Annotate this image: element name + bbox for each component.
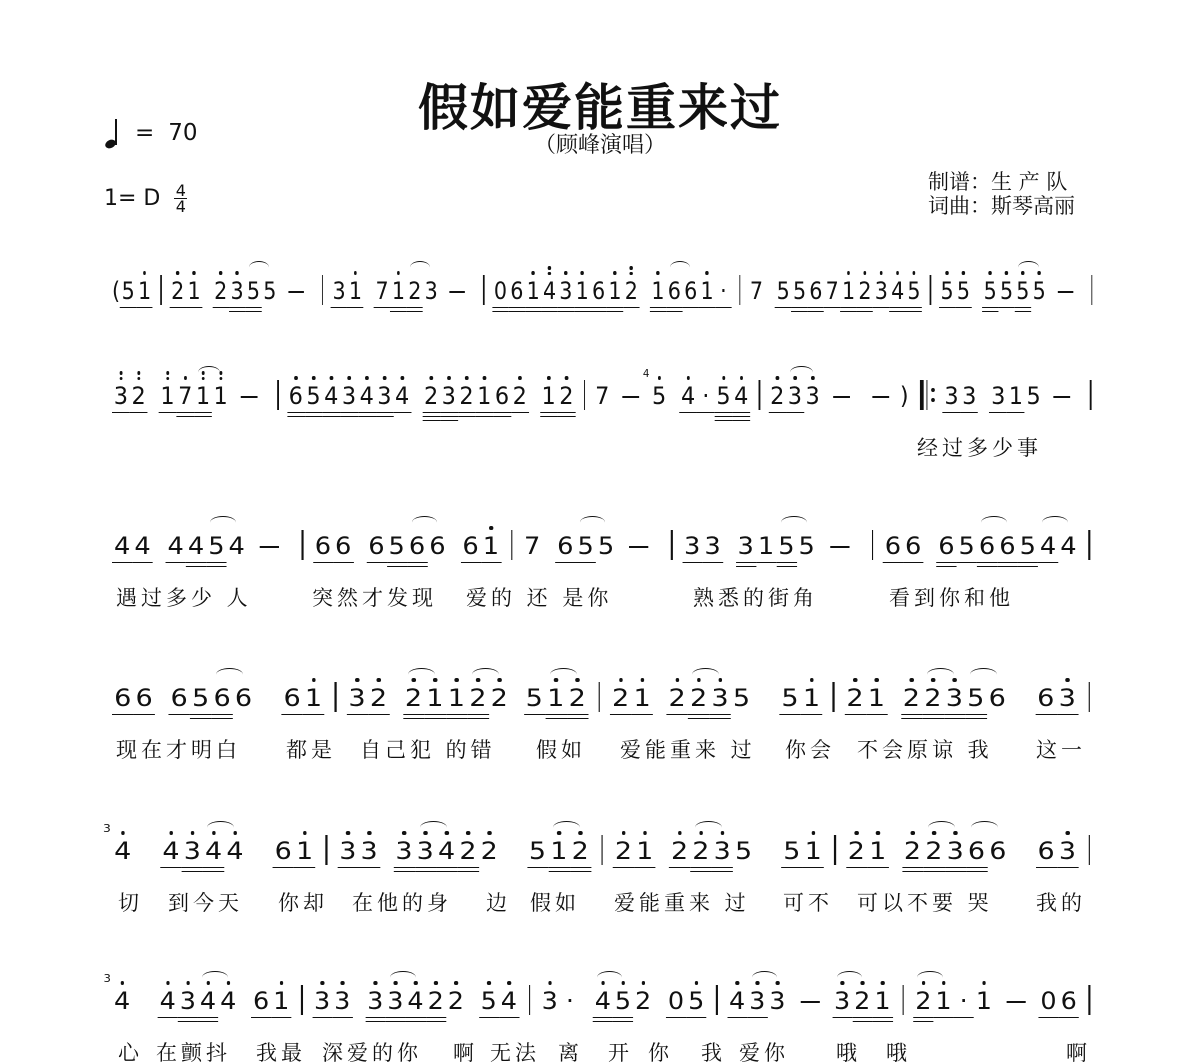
slur [472, 668, 499, 681]
key-signature: 1= D 4 4 [104, 183, 187, 214]
quarter-note-icon [105, 118, 121, 148]
staff-line-4: 66656661322112251221223551212235663 [112, 682, 1102, 732]
note: 3 [989, 382, 1007, 410]
note: 5 [206, 532, 226, 560]
note: 3 [346, 684, 367, 712]
note: 2 [426, 987, 446, 1015]
note: 1 [548, 837, 569, 865]
barline [325, 835, 327, 865]
note: 1 [802, 837, 823, 865]
note: 6 [233, 684, 254, 712]
note: 2 [557, 382, 575, 410]
note: 3 [332, 987, 352, 1015]
note: 5 [479, 987, 499, 1015]
note: 1 [525, 277, 541, 305]
note: 1 [475, 382, 493, 410]
note: 6 [287, 382, 305, 410]
slur [210, 516, 236, 529]
note: 1 [1007, 382, 1025, 410]
lyric: 无法 [490, 1037, 540, 1062]
lyric: 我最 [256, 1037, 306, 1062]
note: 3 [337, 837, 358, 865]
note: 5 [797, 532, 817, 560]
note: 3 [804, 382, 822, 410]
note: 3 [112, 382, 130, 410]
note: 1 [574, 277, 590, 305]
note: 5 [957, 532, 977, 560]
slur [1042, 516, 1068, 529]
lyric: 突然才发现 [312, 582, 437, 612]
note: 7 [824, 277, 840, 305]
note: 7 [522, 532, 542, 560]
note: 5 [715, 382, 733, 410]
barline [930, 275, 931, 305]
note: 4 [227, 532, 247, 560]
note: 3 [229, 277, 245, 305]
slur [597, 971, 622, 984]
note: 3 [440, 382, 458, 410]
lyric: 你却 [278, 887, 328, 917]
note: 5 [120, 277, 136, 305]
paren: ) [900, 382, 909, 410]
note: 2 [446, 987, 466, 1015]
note: 43 [112, 837, 133, 865]
tempo-equals: = [135, 120, 154, 146]
note: 5 [596, 532, 616, 560]
lyric: 在他的身 [352, 887, 452, 917]
lyric: 爱的 还 是你 [466, 582, 612, 612]
note: 2 [902, 837, 923, 865]
note: 3 [340, 382, 358, 410]
note: 6 [682, 277, 698, 305]
note: 3 [358, 837, 379, 865]
grace-note: 4 [643, 368, 650, 379]
note: 6 [509, 277, 525, 305]
note: 1 [801, 684, 822, 712]
lyric: 到今天 [168, 887, 243, 917]
note: 6 [977, 532, 997, 560]
note: 5 [965, 684, 986, 712]
note: 5 [779, 684, 800, 712]
note: 3 [736, 532, 756, 560]
barline [529, 985, 531, 1015]
note: 3 [365, 987, 385, 1015]
barline [598, 682, 600, 712]
sustain-dash [1007, 1001, 1026, 1003]
note: 4 [322, 382, 340, 410]
barline [1088, 985, 1090, 1015]
note: 5 [262, 277, 278, 305]
note: 4 [218, 987, 238, 1015]
note: 4 [727, 987, 747, 1015]
note: 4 [1038, 532, 1058, 560]
note: 5 [387, 532, 407, 560]
note: 4 [224, 837, 245, 865]
lyric: 在颤抖 [156, 1037, 231, 1062]
note: 2 [511, 382, 529, 410]
note: 3 [709, 684, 730, 712]
note: 2 [566, 684, 587, 712]
sustain-dash [622, 396, 639, 398]
note: 5 [245, 277, 261, 305]
barline [483, 275, 484, 305]
barline [584, 380, 585, 410]
barline [601, 835, 603, 865]
note-row: 444454666566617655333155666566544 [112, 530, 1099, 560]
note: 6 [427, 532, 447, 560]
sustain-dash [830, 546, 849, 548]
note: 3 [312, 987, 332, 1015]
lyric: 啊 [1066, 1037, 1091, 1062]
note: 7 [374, 277, 390, 305]
note: 2 [457, 837, 478, 865]
note: 3 [540, 987, 560, 1015]
note: 1 [867, 837, 888, 865]
lyric: 深爱的你 [322, 1037, 422, 1062]
sustain-dash [800, 1001, 819, 1003]
note: 2 [852, 987, 872, 1015]
note: 6 [555, 532, 575, 560]
note: 5 [998, 277, 1014, 305]
note: 3 [945, 837, 966, 865]
note: 5 [781, 837, 802, 865]
note: 1 [933, 987, 953, 1015]
note: 2 [403, 684, 424, 712]
note: 0 [666, 987, 686, 1015]
note: 6 [281, 684, 302, 712]
slur [752, 971, 777, 984]
note: 1 [194, 382, 212, 410]
note: 3 [960, 382, 978, 410]
slur [695, 821, 722, 834]
note: 54 [650, 382, 668, 410]
note: 4 [132, 532, 152, 560]
note: 2 [846, 837, 867, 865]
note: 2 [170, 277, 186, 305]
note: 2 [690, 837, 711, 865]
note: 6 [903, 532, 923, 560]
note-row: 66656661322112251221223551212235663 [112, 682, 1100, 712]
note: 6 [1035, 837, 1056, 865]
note: 4 [679, 382, 697, 410]
note: 0 [492, 277, 508, 305]
note: 3 [423, 277, 439, 305]
note: 1 [294, 837, 315, 865]
note: 3 [873, 277, 889, 305]
note: 1 [974, 987, 994, 1015]
note: 2 [901, 684, 922, 712]
note: 3 [943, 382, 961, 410]
lyric: 爱你 [739, 1037, 789, 1062]
note: 3 [376, 382, 394, 410]
slur [928, 821, 955, 834]
note: 4 [541, 277, 557, 305]
note: 3 [767, 987, 787, 1015]
slur [837, 971, 862, 984]
note: 3 [558, 277, 574, 305]
slur [917, 971, 942, 984]
note: 5 [524, 684, 545, 712]
lyric: 都是 [286, 734, 336, 764]
note: 5 [575, 532, 595, 560]
note: 0 [1038, 987, 1058, 1015]
note: 2 [688, 684, 709, 712]
note: 3 [832, 987, 852, 1015]
note: 6 [966, 837, 987, 865]
note: · [954, 987, 974, 1015]
note: 5 [731, 684, 752, 712]
lyric: 可以不要 哭 [857, 887, 993, 917]
barline [832, 682, 834, 712]
note: 1 [607, 277, 623, 305]
note: 2 [913, 987, 933, 1015]
note: 6 [1059, 987, 1079, 1015]
note: 1 [424, 684, 445, 712]
slur [420, 821, 447, 834]
staff-line-3: 444454666566617655333155666566544 [112, 530, 1102, 580]
slur [408, 668, 435, 681]
note: 6 [1035, 684, 1056, 712]
sustain-dash [1058, 291, 1073, 293]
note: 5 [190, 684, 211, 712]
note: 3 [385, 987, 405, 1015]
slur [670, 261, 691, 274]
note: 4 [732, 382, 750, 410]
staff-line-6: 434344613333422543·4520543332121·106 [112, 985, 1102, 1035]
note: 2 [669, 837, 690, 865]
note: 3 [944, 684, 965, 712]
note: 4 [198, 987, 218, 1015]
barline [511, 530, 513, 560]
barline [902, 985, 904, 1015]
note: 6 [168, 684, 189, 712]
slur [202, 971, 227, 984]
slur [1018, 261, 1039, 274]
staff-line-1: (512123553171230614316121661·75567123455… [112, 275, 1102, 325]
note: 2 [923, 837, 944, 865]
slur [781, 516, 807, 529]
note-row: (512123553171230614316121661·75567123455… [112, 275, 1100, 305]
note: 3 [747, 987, 767, 1015]
repeat-start-sign [920, 380, 935, 410]
note: 3 [1057, 837, 1078, 865]
barline [834, 835, 836, 865]
lyric: 切 [118, 887, 143, 917]
slur [971, 821, 998, 834]
note: 1 [271, 987, 291, 1015]
note: 5 [776, 532, 796, 560]
note: 5 [1015, 277, 1031, 305]
lyric: 爱能重来 过 [620, 734, 756, 764]
lyric: 不会原谅 我 [857, 734, 993, 764]
note: 2 [623, 277, 639, 305]
sustain-dash [450, 291, 465, 293]
note: 1 [866, 684, 887, 712]
lyric: 我的 [1036, 887, 1086, 917]
slur [580, 516, 606, 529]
note: 7 [176, 382, 194, 410]
barline [301, 530, 303, 560]
note: 1 [136, 277, 152, 305]
sustain-dash [1054, 396, 1071, 398]
lyric: 哦 [836, 1037, 861, 1062]
staff-line-5: 43434461333342251221223551212236663 [112, 835, 1102, 885]
note: 2 [213, 277, 229, 305]
lyric: 经过多少事 [917, 432, 1042, 462]
note: 1 [840, 277, 856, 305]
note: 6 [366, 532, 386, 560]
lyric: 爱能重来 过 [614, 887, 750, 917]
lyric: 假如 [536, 734, 586, 764]
note: 4 [889, 277, 905, 305]
lyric: 啊 [453, 1037, 478, 1062]
lyric: 心 [118, 1037, 143, 1062]
note-row: 434344613333422543·4520543332121·106 [112, 985, 1099, 1015]
note: 5 [527, 837, 548, 865]
note: 5 [613, 987, 633, 1015]
note: 5 [1031, 277, 1047, 305]
note: 2 [666, 684, 687, 712]
lyric: 离 [558, 1037, 583, 1062]
note: 4 [166, 532, 186, 560]
time-denominator: 4 [176, 199, 186, 214]
note: 5 [791, 277, 807, 305]
note: · [560, 987, 580, 1015]
note: 4 [203, 837, 224, 865]
lyric: 这一 [1036, 734, 1086, 764]
lyric: 我 [701, 1037, 726, 1062]
note: 1 [446, 684, 467, 712]
note: 1 [159, 382, 177, 410]
note: 1 [347, 277, 363, 305]
note: 2 [768, 382, 786, 410]
barline [301, 985, 303, 1015]
lyric: 可不 [783, 887, 833, 917]
note: 6 [460, 532, 480, 560]
barline [1088, 530, 1090, 560]
note: 3 [702, 532, 722, 560]
note: 5 [955, 277, 971, 305]
note: 3 [1057, 684, 1078, 712]
note: 3 [415, 837, 436, 865]
note: 4 [112, 532, 132, 560]
staff-line-2: 3217116543434232162127544·54233)33315 [112, 380, 1102, 430]
barline [671, 530, 673, 560]
note: 1 [650, 277, 666, 305]
lyric: 你会 [785, 734, 835, 764]
barline [1091, 275, 1092, 305]
note: 5 [982, 277, 998, 305]
slur [216, 668, 243, 681]
credit-arranger: 制谱：生 产 队 [928, 170, 1075, 194]
barline [1088, 682, 1090, 712]
note: 1 [481, 532, 501, 560]
lyric: 遇过多少 人 [116, 582, 252, 612]
slur [927, 668, 954, 681]
note: 1 [186, 277, 202, 305]
barline [161, 275, 162, 305]
slur [198, 366, 220, 379]
lyric: 现在才明白 [116, 734, 241, 764]
note: 2 [922, 684, 943, 712]
lyric: 边 [486, 887, 511, 917]
note: 6 [883, 532, 903, 560]
slur [790, 366, 812, 379]
note: 6 [112, 684, 133, 712]
note: 2 [844, 684, 865, 712]
note: 2 [407, 277, 423, 305]
note: 4 [358, 382, 376, 410]
note: 6 [133, 684, 154, 712]
note: 6 [313, 532, 333, 560]
grace-note: 3 [104, 973, 111, 984]
note: 1 [756, 532, 776, 560]
barline [716, 985, 718, 1015]
sustain-dash [241, 396, 258, 398]
note: 5 [906, 277, 922, 305]
paren: ( [112, 277, 120, 305]
note: 1 [540, 382, 558, 410]
note: 6 [590, 277, 606, 305]
barline [871, 530, 873, 560]
lyric: 哦 [886, 1037, 911, 1062]
note: 6 [333, 532, 353, 560]
note: 6 [493, 382, 511, 410]
sustain-dash [629, 546, 648, 548]
sustain-dash [288, 291, 303, 293]
note: 6 [997, 532, 1017, 560]
note: 2 [633, 987, 653, 1015]
note: 1 [212, 382, 230, 410]
note: 1 [872, 987, 892, 1015]
note: · [697, 382, 715, 410]
tempo-value: 70 [168, 120, 197, 146]
lyric: 假如 [530, 887, 580, 917]
credits: 制谱：生 产 队 词曲：斯琴高丽 [928, 170, 1075, 218]
note: 5 [686, 987, 706, 1015]
note: 2 [458, 382, 476, 410]
grace-note: 3 [103, 823, 111, 834]
note: 6 [211, 684, 232, 712]
note: 3 [786, 382, 804, 410]
note: 5 [939, 277, 955, 305]
sustain-dash [872, 396, 889, 398]
slur [410, 261, 431, 274]
note: · [715, 277, 731, 305]
lyric: 你 [648, 1037, 673, 1062]
note: 4 [160, 837, 181, 865]
barline [334, 682, 336, 712]
note: 2 [570, 837, 591, 865]
note: 2 [130, 382, 148, 410]
barline [1088, 835, 1090, 865]
note: 6 [987, 837, 1008, 865]
note: 2 [613, 837, 634, 865]
note: 4 [186, 532, 206, 560]
note: 6 [407, 532, 427, 560]
credit-composer: 词曲：斯琴高丽 [928, 194, 1075, 218]
note: 4 [436, 837, 457, 865]
note: 2 [368, 684, 389, 712]
note: 3 [331, 277, 347, 305]
note: 6 [987, 684, 1008, 712]
slur [553, 821, 580, 834]
note: 3 [393, 837, 414, 865]
time-numerator: 4 [176, 183, 186, 198]
time-signature: 4 4 [174, 183, 187, 214]
barline [759, 380, 760, 410]
lyric: 自己犯 的错 [360, 734, 496, 764]
